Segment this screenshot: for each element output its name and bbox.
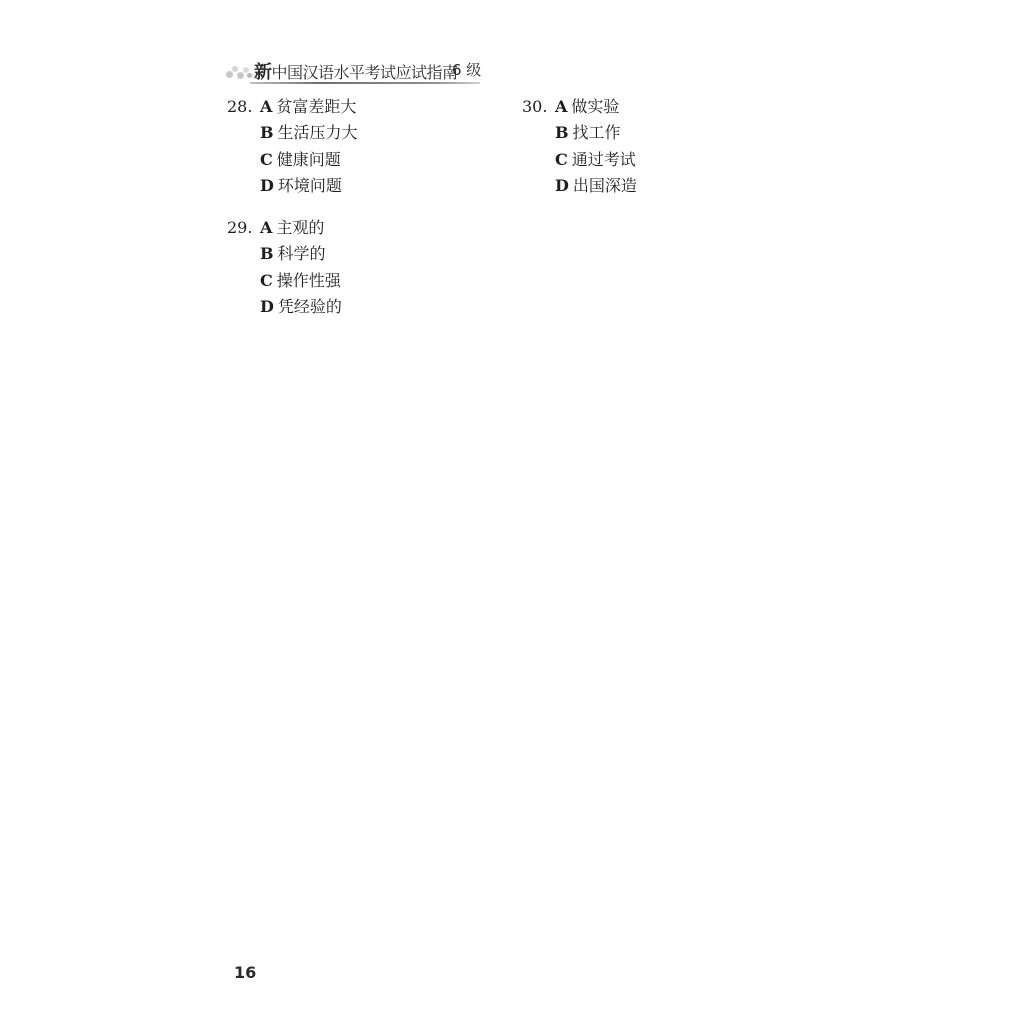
option-letter: B bbox=[260, 123, 274, 142]
option-d: D环境问题 bbox=[260, 173, 358, 199]
option-letter: C bbox=[260, 150, 273, 169]
option-c: C健康问题 bbox=[260, 147, 358, 173]
option-text: 贫富差距大 bbox=[276, 97, 356, 116]
question-number: 28. bbox=[227, 94, 252, 120]
option-text: 出国深造 bbox=[573, 176, 637, 195]
option-c: C操作性强 bbox=[260, 268, 342, 294]
option-list: A做实验 B找工作 C通过考试 D出国深造 bbox=[555, 94, 637, 199]
page-number: 16 bbox=[234, 963, 256, 982]
option-letter: B bbox=[555, 123, 569, 142]
option-letter: A bbox=[260, 97, 272, 116]
option-list: A贫富差距大 B生活压力大 C健康问题 D环境问题 bbox=[260, 94, 358, 199]
option-letter: D bbox=[555, 176, 569, 195]
option-b: B科学的 bbox=[260, 241, 342, 267]
option-letter: D bbox=[260, 297, 274, 316]
book-title: 新中国汉语水平考试应试指南 bbox=[254, 58, 458, 84]
option-text: 主观的 bbox=[276, 218, 324, 237]
option-letter: A bbox=[260, 218, 272, 237]
option-text: 操作性强 bbox=[277, 271, 341, 290]
option-d: D出国深造 bbox=[555, 173, 637, 199]
level-label: 6 级 bbox=[452, 59, 481, 80]
option-a: A贫富差距大 bbox=[260, 94, 358, 120]
option-text: 环境问题 bbox=[278, 176, 342, 195]
header-rule bbox=[250, 82, 480, 84]
option-text: 科学的 bbox=[278, 244, 326, 263]
dots-decoration-icon bbox=[226, 64, 254, 80]
option-c: C通过考试 bbox=[555, 147, 637, 173]
title-first-char: 新 bbox=[254, 62, 272, 83]
option-d: D凭经验的 bbox=[260, 294, 342, 320]
option-text: 找工作 bbox=[573, 123, 621, 142]
option-letter: C bbox=[260, 271, 273, 290]
option-text: 做实验 bbox=[571, 97, 619, 116]
option-list: A主观的 B科学的 C操作性强 D凭经验的 bbox=[260, 215, 342, 320]
option-letter: A bbox=[555, 97, 567, 116]
question-number: 29. bbox=[227, 215, 252, 241]
page-header: 新中国汉语水平考试应试指南 6 级 bbox=[226, 58, 480, 84]
option-b: B找工作 bbox=[555, 120, 637, 146]
option-b: B生活压力大 bbox=[260, 120, 358, 146]
option-letter: D bbox=[260, 176, 274, 195]
option-text: 健康问题 bbox=[277, 150, 341, 169]
option-letter: B bbox=[260, 244, 274, 263]
option-a: A主观的 bbox=[260, 215, 342, 241]
question-number: 30. bbox=[522, 94, 547, 120]
title-rest: 中国汉语水平考试应试指南 bbox=[272, 63, 458, 82]
option-text: 凭经验的 bbox=[278, 297, 342, 316]
option-letter: C bbox=[555, 150, 568, 169]
option-text: 通过考试 bbox=[572, 150, 636, 169]
option-text: 生活压力大 bbox=[278, 123, 358, 142]
option-a: A做实验 bbox=[555, 94, 637, 120]
